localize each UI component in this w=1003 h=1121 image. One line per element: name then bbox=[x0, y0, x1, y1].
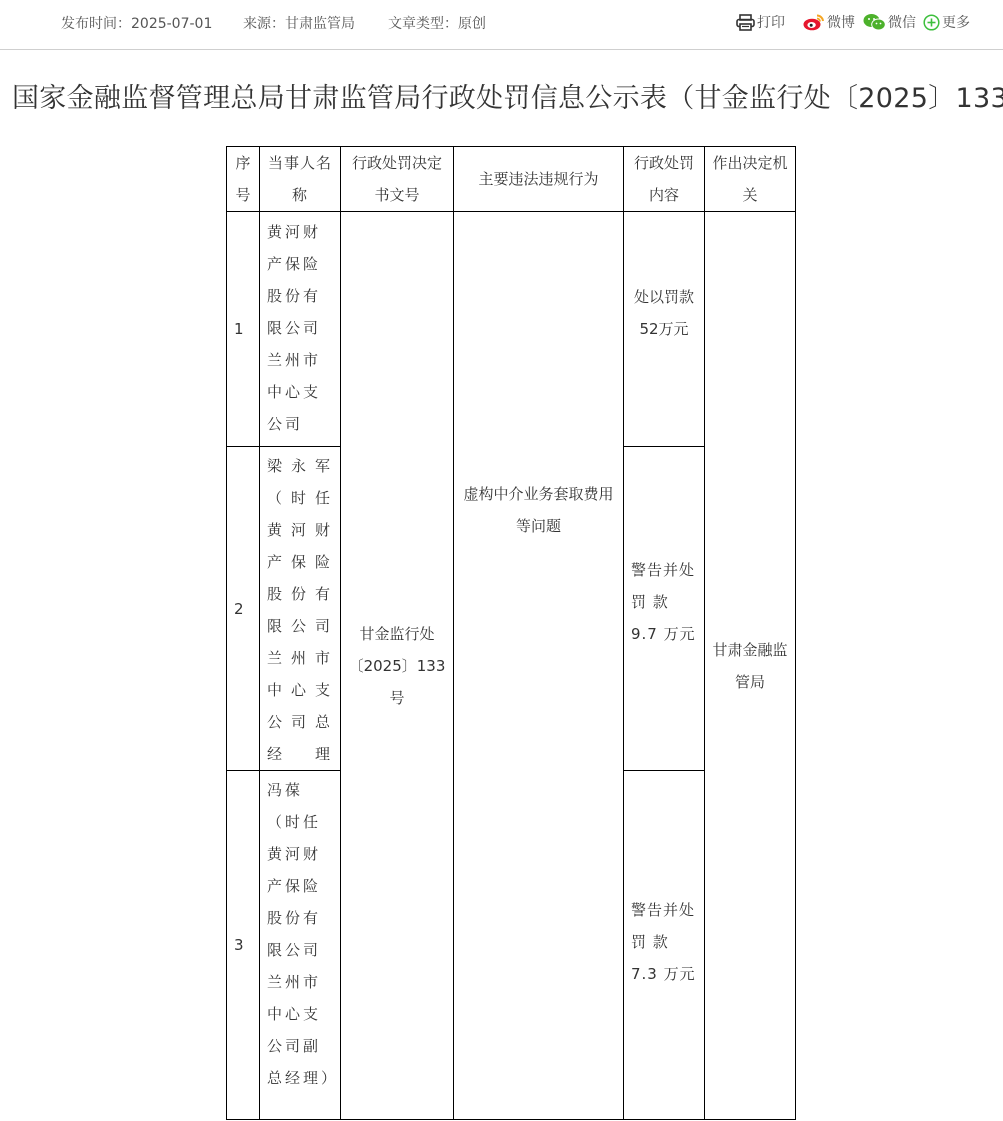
header-authority: 作出决定机关 bbox=[705, 147, 796, 212]
wechat-share-button[interactable]: 微信 bbox=[863, 12, 916, 32]
wechat-icon bbox=[863, 13, 886, 31]
weibo-label: 微博 bbox=[827, 12, 855, 32]
header-violation: 主要违法违规行为 bbox=[454, 147, 624, 212]
publish-time: 发布时间：2025-07-01 bbox=[61, 13, 212, 33]
source: 来源：甘肃监管局 bbox=[243, 13, 355, 33]
party-name: 梁永军（时任黄河财产保险股份有限公司兰州市中心支公司总经理 bbox=[260, 447, 341, 771]
print-label: 打印 bbox=[757, 12, 785, 32]
page-title: 国家金融监督管理总局甘肃监管局行政处罚信息公示表（甘金监行处〔2025〕133号… bbox=[12, 76, 1003, 115]
header-party: 当事人名称 bbox=[260, 147, 341, 212]
more-share-button[interactable]: 更多 bbox=[923, 12, 970, 32]
wechat-label: 微信 bbox=[888, 12, 916, 32]
party-name: 黄河财产保险股份有限公司兰州市中心支公司 bbox=[260, 212, 341, 447]
table-header-row: 序号 当事人名称 行政处罚决定书文号 主要违法违规行为 行政处罚内容 作出决定机… bbox=[227, 147, 796, 212]
party-name: 冯葆（时任黄河财产保险股份有限公司兰州市中心支公司副总经理） bbox=[260, 771, 341, 1120]
header-no: 序号 bbox=[227, 147, 260, 212]
printer-icon bbox=[736, 14, 755, 31]
penalty-content: 警告并处罚 款 7.3 万元 bbox=[624, 771, 705, 1120]
header-penalty: 行政处罚内容 bbox=[624, 147, 705, 212]
table-row: 1 黄河财产保险股份有限公司兰州市中心支公司 甘金监行处〔2025〕133号 虚… bbox=[227, 212, 796, 447]
penalty-content: 警告并处罚 款 9.7 万元 bbox=[624, 447, 705, 771]
penalty-table: 序号 当事人名称 行政处罚决定书文号 主要违法违规行为 行政处罚内容 作出决定机… bbox=[226, 146, 796, 1120]
plus-circle-icon bbox=[923, 14, 940, 31]
weibo-share-button[interactable]: 微博 bbox=[803, 12, 855, 32]
decision-number: 甘金监行处〔2025〕133号 bbox=[341, 212, 454, 1120]
row-no: 2 bbox=[227, 447, 260, 771]
penalty-content: 处以罚款52万元 bbox=[624, 212, 705, 447]
violation-description: 虚构中介业务套取费用等问题 bbox=[454, 212, 624, 1120]
article-meta-bar: 发布时间：2025-07-01 来源：甘肃监管局 文章类型：原创 打印 微博 微… bbox=[0, 0, 1003, 50]
row-no: 3 bbox=[227, 771, 260, 1120]
print-button[interactable]: 打印 bbox=[736, 12, 785, 32]
deciding-authority: 甘肃金融监管局 bbox=[705, 212, 796, 1120]
header-decision-no: 行政处罚决定书文号 bbox=[341, 147, 454, 212]
more-label: 更多 bbox=[942, 12, 970, 32]
weibo-icon bbox=[803, 13, 825, 31]
article-type: 文章类型：原创 bbox=[388, 13, 486, 33]
row-no: 1 bbox=[227, 212, 260, 447]
